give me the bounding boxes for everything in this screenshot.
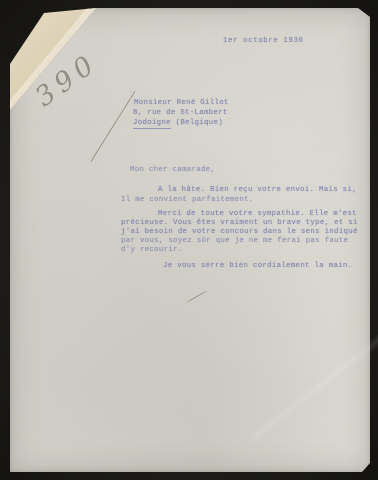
recipient-street: 8, rue de St-Lambert bbox=[133, 109, 228, 118]
body-line: précieuse. Vous êtes vraiment un brave t… bbox=[121, 219, 358, 228]
body-line: j'ai besoin de votre concours dans le se… bbox=[121, 228, 358, 237]
body-line: d'y recourir. bbox=[121, 246, 183, 255]
body-line: Il me convient parfaitement. bbox=[121, 196, 254, 205]
recipient-city: Jodoigne bbox=[133, 119, 171, 129]
body-line: A la hâte. Bien reçu votre envoi. Mais s… bbox=[158, 186, 357, 195]
recipient-name: Monsieur René Gillot bbox=[134, 99, 229, 108]
body-line: par vous, soyez sûr que je ne me ferai p… bbox=[121, 237, 348, 246]
letter-date: 1er octobre 1936 bbox=[223, 37, 304, 46]
body-line: Merci de toute votre sympathie. Elle m'e… bbox=[158, 210, 357, 219]
closing-line: Je vous serre bien cordialement la main. bbox=[163, 262, 352, 271]
recipient-country: (Belgique) bbox=[171, 119, 223, 127]
salutation: Mon cher camarade, bbox=[130, 166, 215, 175]
recipient-city-line: Jodoigne (Belgique) bbox=[133, 119, 223, 128]
scanned-letter: 390 1er octobre 1936 Monsieur René Gillo… bbox=[0, 0, 378, 480]
